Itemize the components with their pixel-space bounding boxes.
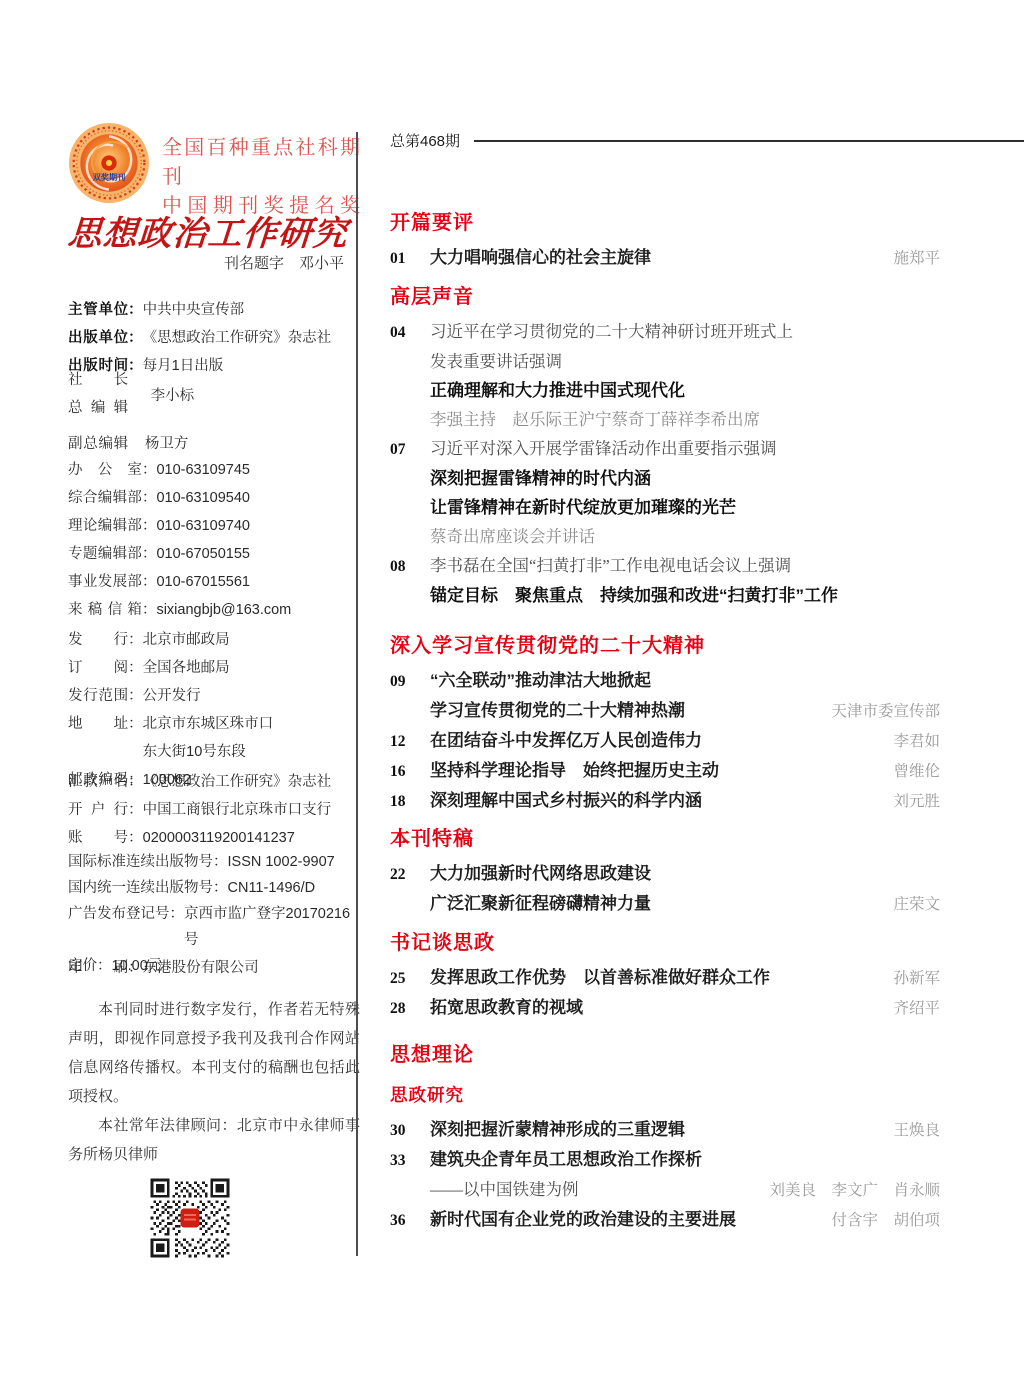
toc-section: 思政研究 30 深刻把握沂蒙精神形成的三重逻辑 王焕良 33 建筑央企青年员工思…: [390, 1082, 940, 1235]
toc-item-author: 天津市委宣传部: [815, 697, 940, 726]
toc-item-title: 发表重要讲话强调: [430, 347, 562, 376]
info-row: 发行范围： 公开发行: [68, 682, 360, 710]
info-row: 广告发布登记号： 京西市监广登字20170216号: [68, 901, 360, 953]
address-row: 地址： 北京市东城区珠市口 东大街10号东段: [68, 710, 360, 766]
toc-row: 让雷锋精神在新时代绽放更加璀璨的光芒: [390, 493, 940, 522]
issn-number: ISSN 1002-9907: [228, 849, 361, 875]
info-label: 广告发布登记号: [68, 901, 170, 927]
submission-email: sixiangbjb@163.com: [156, 596, 360, 624]
colon: ：: [128, 710, 143, 738]
toc-item-title: 发挥思政工作优势 以首善标准做好群众工作: [430, 963, 770, 992]
toc-item-author: 孙新军: [877, 964, 940, 993]
colon: ：: [128, 296, 143, 324]
toc-section: 思想理论: [390, 1042, 940, 1075]
toc-item-title: 在团结奋斗中发挥亿万人民创造伟力: [430, 726, 702, 755]
president-label: 社长: [68, 366, 128, 394]
toc-item-subtitle: 李强主持 赵乐际王沪宁蔡奇丁薛祥李希出席: [430, 405, 760, 434]
info-label: 账号: [68, 824, 128, 852]
colon: ：: [142, 456, 157, 484]
info-value: 北京市邮政局: [143, 626, 360, 654]
toc-page-number: 08: [390, 552, 430, 581]
toc-row: 28 拓宽思政教育的视域 齐绍平: [390, 993, 940, 1023]
deputy-editor-row: 副总编辑 杨卫方: [68, 430, 360, 458]
info-label: 办公室: [68, 456, 142, 484]
colon: ：: [142, 596, 157, 624]
toc-item-author: 曾维伦: [877, 757, 940, 786]
toc-page-number: 04: [390, 318, 430, 347]
info-row: 账号： 0200003119200141237: [68, 824, 360, 852]
toc-row: 09 “六全联动”推动津沽大地掀起: [390, 666, 940, 696]
president-editor-row: 社长 总编辑 李小标: [68, 366, 360, 422]
toc-row: 深刻把握雷锋精神的时代内涵: [390, 464, 940, 493]
toc-item-subtitle: 蔡奇出席座谈会并讲话: [430, 522, 595, 551]
sidebar-colophon: 双奖期刊 全国百种重点社科期刊 中国期刊奖提名奖 思想政治工作研究 刊名题字 邓…: [68, 0, 360, 1390]
section-title: 本刊特稿: [390, 826, 940, 852]
printing-block: 印刷： 东港股份有限公司: [68, 954, 360, 982]
toc-item-title: 深刻理解中国式乡村振兴的科学内涵: [430, 786, 702, 815]
toc-item-title: 坚持科学理论指导 始终把握历史主动: [430, 756, 719, 785]
toc-item-author: 李君如: [877, 727, 940, 756]
phone-number: 010-63109740: [156, 512, 360, 540]
toc-row: 08 李书磊在全国“扫黄打非”工作电视电话会议上强调: [390, 551, 940, 581]
toc-page-number: 01: [390, 244, 430, 273]
info-value: 中国工商银行北京珠市口支行: [143, 796, 360, 824]
issue-number-label: 总第468期: [390, 130, 460, 151]
toc-row: 李强主持 赵乐际王沪宁蔡奇丁薛祥李希出席: [390, 405, 940, 434]
toc-item-title: 习近平对深入开展学雷锋活动作出重要指示强调: [430, 434, 777, 463]
toc-row: 16 坚持科学理论指导 始终把握历史主动 曾维伦: [390, 756, 940, 786]
colon: ：: [128, 654, 143, 682]
info-label: 国际标准连续出版物号: [68, 849, 213, 875]
toc-page-number: 12: [390, 727, 430, 756]
toc-page-number: 25: [390, 964, 430, 993]
address-line-1: 北京市东城区珠市口: [143, 716, 274, 732]
info-label: 出版单位: [68, 324, 128, 352]
title-credit: 刊名题字 邓小平: [68, 252, 360, 273]
toc-row: 22 大力加强新时代网络思政建设: [390, 859, 940, 889]
printer-name: 东港股份有限公司: [143, 954, 360, 982]
address-line-2: 东大街10号东段: [143, 744, 246, 760]
bank-block: 汇款户名： 《思想政治工作研究》杂志社 开户行： 中国工商银行北京珠市口支行 账…: [68, 768, 360, 852]
info-row: 来稿信箱： sixiangbjb@163.com: [68, 596, 360, 624]
toc-item-title: 建筑央企青年员工思想政治工作探析: [430, 1145, 702, 1174]
toc-row: ——以中国铁建为例 刘美良 李文广 肖永顺: [390, 1175, 940, 1205]
chief-editor-label: 总编辑: [68, 394, 128, 422]
vertical-divider: [356, 132, 358, 1256]
colon: ：: [170, 901, 185, 927]
info-label: 国内统一连续出版物号: [68, 875, 213, 901]
toc-item-author: 庄荣文: [877, 890, 940, 919]
subsection-title: 思政研究: [390, 1082, 940, 1108]
info-label: 发行: [68, 626, 128, 654]
toc-row: 30 深刻把握沂蒙精神形成的三重逻辑 王焕良: [390, 1115, 940, 1145]
info-label: 综合编辑部: [68, 484, 142, 512]
deputy-label: 副总编辑: [68, 430, 128, 458]
toc-item-author: 齐绍平: [877, 994, 940, 1023]
phone-number: 010-63109745: [156, 456, 360, 484]
info-label: 来稿信箱: [68, 596, 142, 624]
toc-page-number: 18: [390, 787, 430, 816]
toc-row: 25 发挥思政工作优势 以首善标准做好群众工作 孙新军: [390, 963, 940, 993]
info-label: 汇款户名: [68, 768, 128, 796]
info-label: 理论编辑部: [68, 512, 142, 540]
toc-row: 锚定目标 聚焦重点 持续加强和改进“扫黄打非”工作: [390, 581, 940, 610]
toc-row: 18 深刻理解中国式乡村振兴的科学内涵 刘元胜: [390, 786, 940, 816]
toc-item-author: 施郑平: [877, 244, 940, 273]
info-row: 出版单位： 《思想政治工作研究》杂志社: [68, 324, 360, 352]
section-title: 开篇要评: [390, 210, 940, 236]
info-value: 公开发行: [143, 682, 360, 710]
toc-item-subtitle: ——以中国铁建为例: [430, 1175, 579, 1204]
toc-page-number: 30: [390, 1116, 430, 1145]
toc-page-number: 16: [390, 757, 430, 786]
toc-page-number: 33: [390, 1146, 430, 1175]
journal-title-calligraphy: 思想政治工作研究: [66, 206, 361, 255]
toc-section: 书记谈思政 25 发挥思政工作优势 以首善标准做好群众工作 孙新军 28 拓宽思…: [390, 930, 940, 1023]
journal-award-badge-icon: 双奖期刊: [68, 122, 150, 204]
toc-section: 开篇要评 01 大力唱响强信心的社会主旋律 施郑平: [390, 210, 940, 273]
toc-page-number: 07: [390, 435, 430, 464]
toc-row: 07 习近平对深入开展学雷锋活动作出重要指示强调: [390, 434, 940, 464]
legal-counsel-notice: 本社常年法律顾问：北京市中永律师事务所杨贝律师: [68, 1112, 360, 1170]
toc-item-author: 刘美良 李文广 肖永顺: [753, 1176, 940, 1205]
info-label: 订阅: [68, 654, 128, 682]
toc-row: 学习宣传贯彻党的二十大精神热潮 天津市委宣传部: [390, 696, 940, 726]
digital-rights-notice: 本刊同时进行数字发行，作者若无特殊声明，即视作同意授予我刊及我刊合作网站信息网络…: [68, 996, 360, 1112]
section-title: 思想理论: [390, 1042, 940, 1068]
phone-number: 010-63109540: [156, 484, 360, 512]
info-row: 发行： 北京市邮政局: [68, 626, 360, 654]
toc-section: 本刊特稿 22 大力加强新时代网络思政建设 广泛汇聚新征程磅礴精神力量 庄荣文: [390, 826, 940, 919]
toc-row: 正确理解和大力推进中国式现代化: [390, 376, 940, 405]
toc-item-title: 锚定目标 聚焦重点 持续加强和改进“扫黄打非”工作: [430, 581, 838, 610]
colon: ：: [142, 540, 157, 568]
colon: ：: [128, 626, 143, 654]
header-rule: [474, 140, 1024, 142]
toc-row: 33 建筑央企青年员工思想政治工作探析: [390, 1145, 940, 1175]
issue-header: 总第468期: [390, 130, 1024, 151]
info-label: 发行范围: [68, 682, 128, 710]
toc-row: 12 在团结奋斗中发挥亿万人民创造伟力 李君如: [390, 726, 940, 756]
president-name: 李小标: [151, 384, 195, 405]
toc-page-number: 22: [390, 860, 430, 889]
toc-item-title: 拓宽思政教育的视域: [430, 993, 583, 1022]
toc-item-title: 习近平在学习贯彻党的二十大精神研讨班开班式上: [430, 317, 793, 346]
info-label: 专题编辑部: [68, 540, 142, 568]
info-row: 主管单位： 中共中央宣传部: [68, 296, 360, 324]
award-line-1: 全国百种重点社科期刊: [162, 134, 360, 192]
section-title: 书记谈思政: [390, 930, 940, 956]
info-label: 印刷: [68, 954, 128, 982]
info-row: 国内统一连续出版物号： CN11-1496/D: [68, 875, 360, 901]
toc-item-title: 李书磊在全国“扫黄打非”工作电视电话会议上强调: [430, 551, 791, 580]
info-row: 事业发展部： 010-67015561: [68, 568, 360, 596]
toc-page-number: 36: [390, 1206, 430, 1235]
toc-item-title: 让雷锋精神在新时代绽放更加璀璨的光芒: [430, 493, 736, 522]
toc-row: 广泛汇聚新征程磅礴精神力量 庄荣文: [390, 889, 940, 919]
ad-license: 京西市监广登字20170216号: [184, 901, 360, 953]
colon: ：: [213, 849, 228, 875]
colon: ：: [142, 512, 157, 540]
info-value: 《思想政治工作研究》杂志社: [143, 324, 360, 352]
info-row: 订阅： 全国各地邮局: [68, 654, 360, 682]
info-row: 办公室： 010-63109745: [68, 456, 360, 484]
contact-numbers: 办公室： 010-63109745 综合编辑部： 010-63109540 理论…: [68, 456, 360, 624]
toc-row: 36 新时代国有企业党的政治建设的主要进展 付含宇 胡伯项: [390, 1205, 940, 1235]
toc-item-title: 大力加强新时代网络思政建设: [430, 859, 651, 888]
section-title: 深入学习宣传贯彻党的二十大精神: [390, 633, 940, 659]
wechat-qr-code: [148, 1176, 232, 1260]
info-label: 开户行: [68, 796, 128, 824]
colon: ：: [142, 568, 157, 596]
toc-item-title: 深刻把握沂蒙精神形成的三重逻辑: [430, 1115, 685, 1144]
toc-item-author: 付含宇 胡伯项: [815, 1206, 940, 1235]
cn-number: CN11-1496/D: [228, 875, 361, 901]
colon: ：: [128, 682, 143, 710]
toc-item-title: 新时代国有企业党的政治建设的主要进展: [430, 1205, 736, 1234]
colon: ：: [142, 484, 157, 512]
toc-row: 蔡奇出席座谈会并讲话: [390, 522, 940, 551]
toc-item-title: 广泛汇聚新征程磅礴精神力量: [430, 889, 651, 918]
toc-section: 高层声音 04 习近平在学习贯彻党的二十大精神研讨班开班式上 发表重要讲话强调 …: [390, 284, 940, 610]
info-row: 综合编辑部： 010-63109540: [68, 484, 360, 512]
phone-number: 010-67050155: [156, 540, 360, 568]
toc-item-title: “六全联动”推动津沽大地掀起: [430, 666, 651, 695]
toc-item-title: 学习宣传贯彻党的二十大精神热潮: [430, 696, 685, 725]
colon: ：: [128, 324, 143, 352]
dual-labels: 社长 总编辑: [68, 366, 128, 422]
toc-item-title: 大力唱响强信心的社会主旋律: [430, 243, 651, 272]
info-row: 汇款户名： 《思想政治工作研究》杂志社: [68, 768, 360, 796]
journal-contents-page: { "punct": { "colon": "：" }, "colors": {…: [0, 0, 1024, 1390]
info-label: 地址: [68, 710, 128, 738]
account-number: 0200003119200141237: [143, 824, 360, 852]
toc-item-title: 深刻把握雷锋精神的时代内涵: [430, 464, 651, 493]
toc-section: 深入学习宣传贯彻党的二十大精神 09 “六全联动”推动津沽大地掀起 学习宣传贯彻…: [390, 633, 940, 816]
phone-number: 010-67015561: [156, 568, 360, 596]
info-row: 国际标准连续出版物号： ISSN 1002-9907: [68, 849, 360, 875]
colon: ：: [128, 954, 143, 982]
info-row: 专题编辑部： 010-67050155: [68, 540, 360, 568]
staff-block: 社长 总编辑 李小标 副总编辑 杨卫方: [68, 366, 360, 458]
info-value: 中共中央宣传部: [143, 296, 360, 324]
toc-row: 04 习近平在学习贯彻党的二十大精神研讨班开班式上: [390, 317, 940, 347]
address-value: 北京市东城区珠市口 东大街10号东段: [143, 710, 360, 766]
toc-item-author: 王焕良: [877, 1116, 940, 1145]
toc-item-author: 刘元胜: [877, 787, 940, 816]
toc-item-title: 正确理解和大力推进中国式现代化: [430, 376, 685, 405]
info-label: 事业发展部: [68, 568, 142, 596]
colon: ：: [128, 824, 143, 852]
deputy-name: 杨卫方: [128, 430, 360, 458]
info-value: 全国各地邮局: [143, 654, 360, 682]
colon: ：: [213, 875, 228, 901]
toc-page-number: 28: [390, 994, 430, 1023]
colon: ：: [128, 796, 143, 824]
notice-block: 本刊同时进行数字发行，作者若无特殊声明，即视作同意授予我刊及我刊合作网站信息网络…: [68, 996, 360, 1170]
info-value: 《思想政治工作研究》杂志社: [143, 768, 360, 796]
info-row: 开户行： 中国工商银行北京珠市口支行: [68, 796, 360, 824]
info-row: 理论编辑部： 010-63109740: [68, 512, 360, 540]
colon: ：: [128, 768, 143, 796]
toc-page-number: 09: [390, 667, 430, 696]
badge-center-text: 双奖期刊: [93, 172, 126, 182]
toc-row: 01 大力唱响强信心的社会主旋律 施郑平: [390, 243, 940, 273]
info-row: 印刷： 东港股份有限公司: [68, 954, 360, 982]
info-label: 主管单位: [68, 296, 128, 324]
section-title: 高层声音: [390, 284, 940, 310]
toc-row: 发表重要讲话强调: [390, 347, 940, 376]
